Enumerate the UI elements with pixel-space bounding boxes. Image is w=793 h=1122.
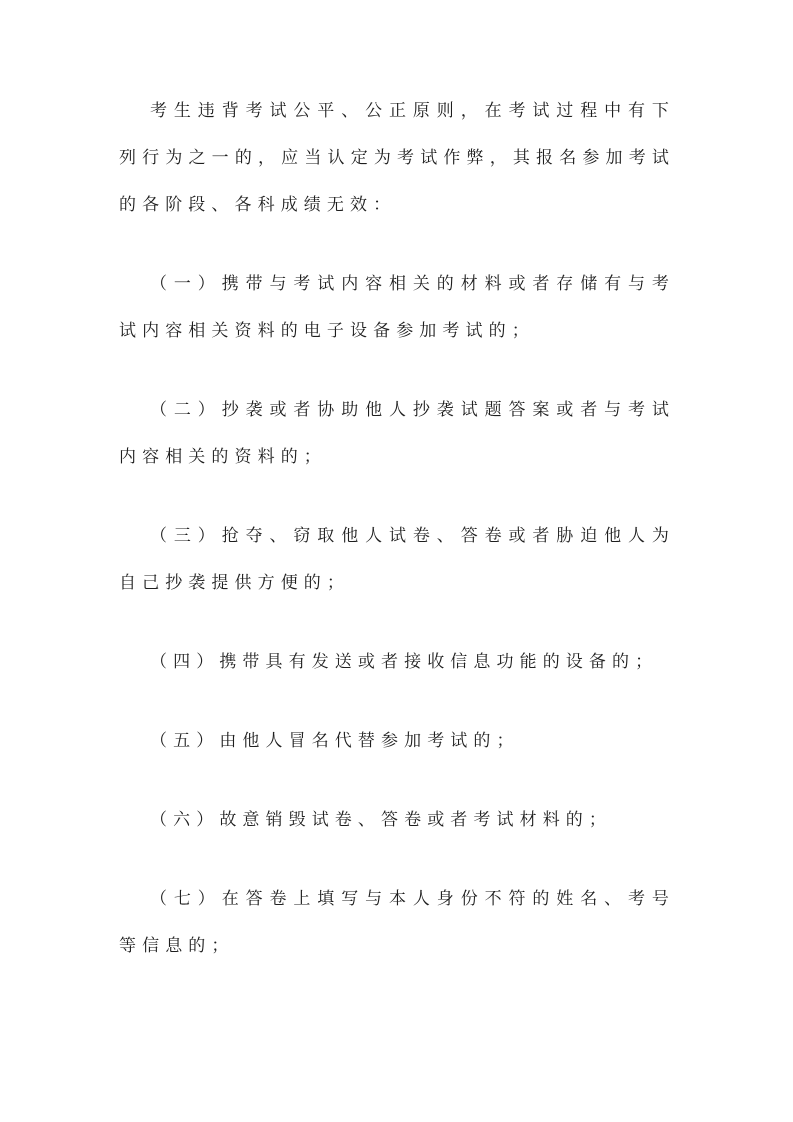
item-marker: （一）: [150, 274, 222, 294]
document-body: 考生违背考试公平、公正原则，在考试过程中有下列行为之一的，应当认定为考试作弊，其…: [119, 88, 675, 1002]
item-marker: （五）: [150, 731, 219, 751]
list-item-5: （五）由他人冒名代替参加考试的；: [119, 718, 675, 765]
list-item-3: （三）抢夺、窃取他人试卷、答卷或者胁迫他人为自己抄袭提供方便的；: [119, 513, 675, 607]
list-item-4: （四）携带具有发送或者接收信息功能的设备的；: [119, 639, 675, 686]
item-marker: （四）: [150, 652, 219, 672]
intro-paragraph: 考生违背考试公平、公正原则，在考试过程中有下列行为之一的，应当认定为考试作弊，其…: [119, 88, 675, 229]
item-marker: （二）: [150, 400, 222, 420]
item-text: 故意销毁试卷、答卷或者考试材料的；: [219, 810, 612, 830]
item-marker: （三）: [150, 526, 222, 546]
item-marker: （七）: [150, 889, 222, 909]
document-page: 考生违背考试公平、公正原则，在考试过程中有下列行为之一的，应当认定为考试作弊，其…: [0, 0, 793, 1122]
list-item-1: （一）携带与考试内容相关的材料或者存储有与考试内容相关资料的电子设备参加考试的；: [119, 261, 675, 355]
list-item-6: （六）故意销毁试卷、答卷或者考试材料的；: [119, 797, 675, 844]
item-text: 携带具有发送或者接收信息功能的设备的；: [219, 652, 658, 672]
list-item-2: （二）抄袭或者协助他人抄袭试题答案或者与考试内容相关的资料的；: [119, 387, 675, 481]
item-text: 由他人冒名代替参加考试的；: [219, 731, 519, 751]
list-item-7: （七）在答卷上填写与本人身份不符的姓名、考号等信息的；: [119, 876, 675, 970]
item-marker: （六）: [150, 810, 219, 830]
